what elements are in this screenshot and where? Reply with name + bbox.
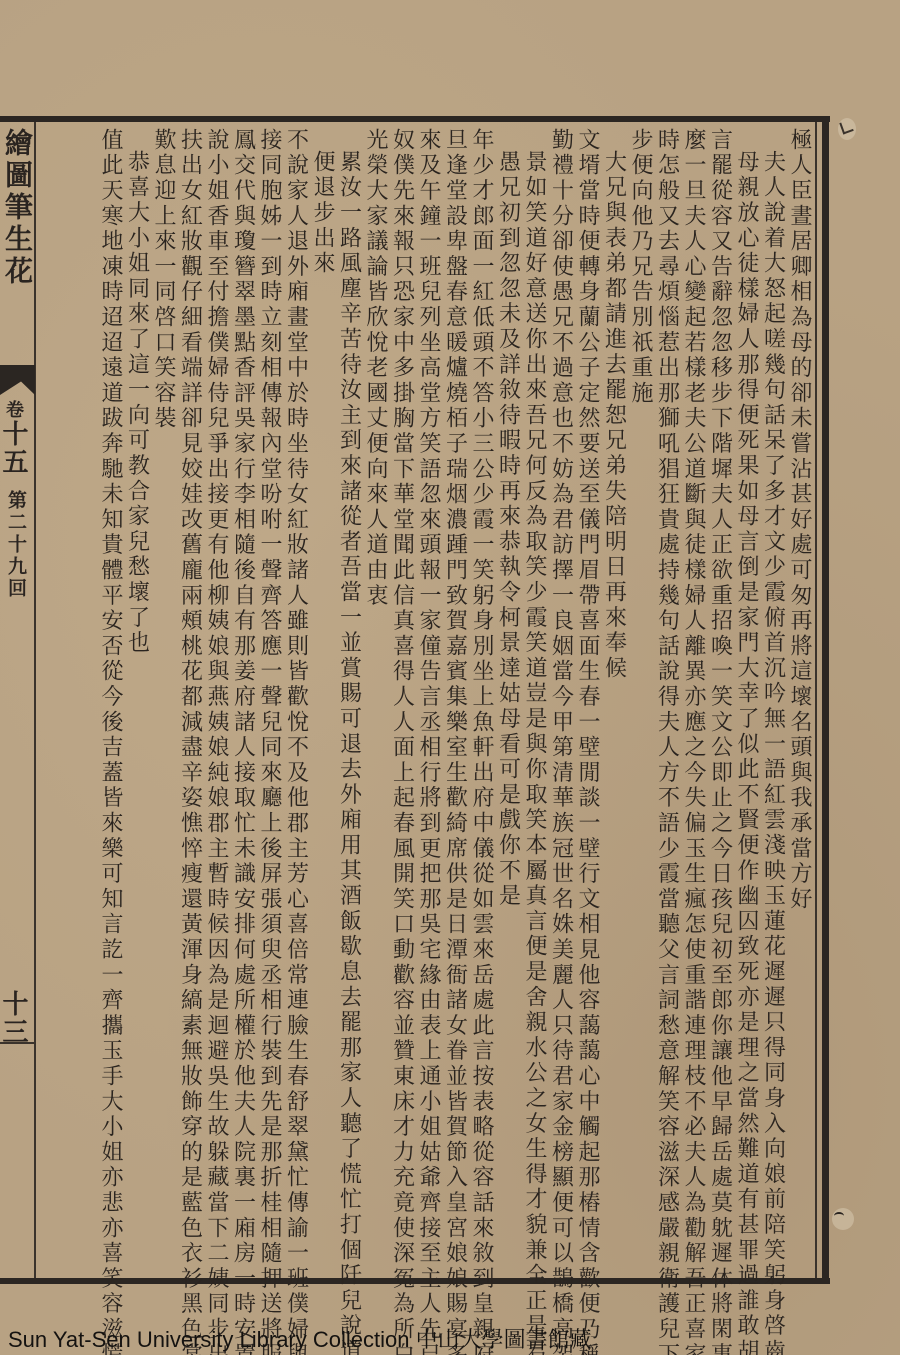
text-column: 年少才郎面一紅低頭不答小三公少霞一笑躬身別坐上魚軒出府中儀從如雲來岳處此言按表略… [468, 128, 495, 1274]
ink-blot-icon [834, 1212, 844, 1220]
scanned-book-page: 繪圖筆生花 卷十五 第二十九回 十三 極人臣晝居卿相為母的卻未嘗沾甚好處可匆再將… [0, 0, 900, 1355]
text-column: 值此天寒地凍時迢迢遠道跋奔馳未知貴體平安否從今後吉蓋皆來樂可知言訖一齊攜玉手大小… [97, 128, 124, 1274]
chapter-label: 第二十九回 [8, 490, 30, 600]
text-column: 說小姐香車至付擔僕婦侍兒爭出接更有他柳姨娘與燕姨娘純娘郡主暫時候因為是迴避吳生故… [203, 128, 230, 1274]
fishtail-mark-icon [0, 365, 35, 395]
text-column: 扶出女紅妝觀仔細看端詳卻見姣娃改舊龐兩頰桃花都減盡辛姿憔悴瘦還黃渾身縞素無妝飾穿… [176, 128, 203, 1274]
text-column: 來及午鐘一班兒列坐高堂方笑語忽來頭報一家僮告言丞相行將到更把那吳宅緣由表上通小姐… [415, 128, 442, 1274]
frame-right-inner-line [815, 122, 817, 1278]
text-column: 文壻當時便轉身蘭公子定然要送至儀門眉帶喜面生春一壁閒談一壁行文相見他容藹藹心中觸… [574, 128, 601, 1274]
text-column: 母親放心徒樣婦人那得便死果如母言倒是家門大幸了似此不賢便作幽囚致死亦是理之當然難… [733, 128, 760, 1274]
paper-stain-mark [838, 118, 856, 140]
page-number-rule [0, 1042, 35, 1044]
ink-blot-icon [839, 119, 853, 134]
collection-credit: Sun Yat-Sen University Library Collectio… [8, 1323, 592, 1354]
page-number: 十三 [2, 990, 32, 1046]
text-column: 不說家人退外廂畫堂中於時坐待女紅妝諸人雖則皆歡悅不及他郡主芳心喜倍常連臉生春舒翠… [282, 128, 309, 1274]
text-column: 愚兄初到忽忽未及詳敘待暇時再來恭執令柯景達姑母看可是戲你不是 [494, 128, 521, 1274]
volume-label: 卷十五 [2, 400, 32, 476]
text-column: 累汝一路風塵辛苦待汝主到來諸從者吾當一並賞賜可退去外廂用其酒飯歇息去罷那家人聽了… [335, 128, 362, 1274]
text-column: 勤禮十分卻使愚兄不過意也不妨為君訪擇一良姻當今甲第清華族冠世名姝美麗人只待君家金… [547, 128, 574, 1274]
volume-prefix: 卷 [3, 400, 24, 420]
text-column: 奴僕先來報只恐家中多掛胸當下華堂聞此信真喜得人人面上起春風開笑口動歡容並贊東床才… [388, 128, 415, 1274]
book-title: 繪圖筆生花 [2, 128, 32, 288]
text-column: 景如笑道好意送你出來吾兄何反為取笑少霞笑道豈是與你取笑本屬真言便是舍親水公之女生… [521, 128, 548, 1274]
text-column: 光榮大家議論皆欣悅老國丈便向來人道由衷 [362, 128, 389, 1274]
text-column: 旦逢堂設卑盤春意暖爐燒栢子瑞烟濃踵門致賀嘉賓集樂室生歡綺席供是日潭衙諸女眷並皆賀… [441, 128, 468, 1274]
text-column: 大兄與表弟都請進去罷恕兄弟失陪明日再來奉候 [600, 128, 627, 1274]
text-column: 言罷從容又告辭忽忽移步下階墀夫人正欲重招喚一笑文公即止之今日孩兒初至郎你讓他早歸… [706, 128, 733, 1274]
text-column: 接同胞姊一到時立刻相傳報內堂吩咐一聲齊答應一聲兒同來廳上後屏張須臾丞相行裝到先是… [256, 128, 283, 1274]
text-column: 夫人說着大怒起嗟幾句話呆了多才文少霞俯首沉吟無一語紅雲淺映玉蓮花遲遲只得同身入向… [759, 128, 786, 1274]
paper-stain-mark [832, 1208, 854, 1230]
text-column: 時怎般又去尋煩惱惹出那獅吼猖狂貴處持幾句話說得夫人方不語少霞當聽父言詞愁意解笑容… [653, 128, 680, 1274]
volume-number: 十五 [0, 420, 28, 476]
frame-right-border [822, 116, 829, 1284]
text-column: 恭喜大小姐同來了這一向可教合家兒愁壞了也 [123, 128, 150, 1274]
text-column: 步便向他乃兄告別祇重施 [627, 128, 654, 1274]
frame-top-border [0, 116, 830, 122]
text-column: 歎息迎上來一同啓口笑容裝 [150, 128, 177, 1274]
fold-divider-line [34, 122, 36, 1278]
text-column: 麼一旦夫人心變起若樣老夫公道斷與徒樣婦人離異亦應之今失偏玉生瘋怎使重諧連理枝不必… [680, 128, 707, 1274]
text-column: 便退步出來 [309, 128, 336, 1274]
text-column: 極人臣晝居卿相為母的卻未嘗沾甚好處可匆再將這壞名頭與我承當方好 [786, 128, 813, 1274]
text-column: 鳳交代與瓊簪翠墨點香評吳家行李相隨後自有那姜府諸人接取忙未識安排何處所權於他夫人… [229, 128, 256, 1274]
body-text: 極人臣晝居卿相為母的卻未嘗沾甚好處可匆再將這壞名頭與我承當方好夫人說着大怒起嗟幾… [40, 128, 812, 1274]
